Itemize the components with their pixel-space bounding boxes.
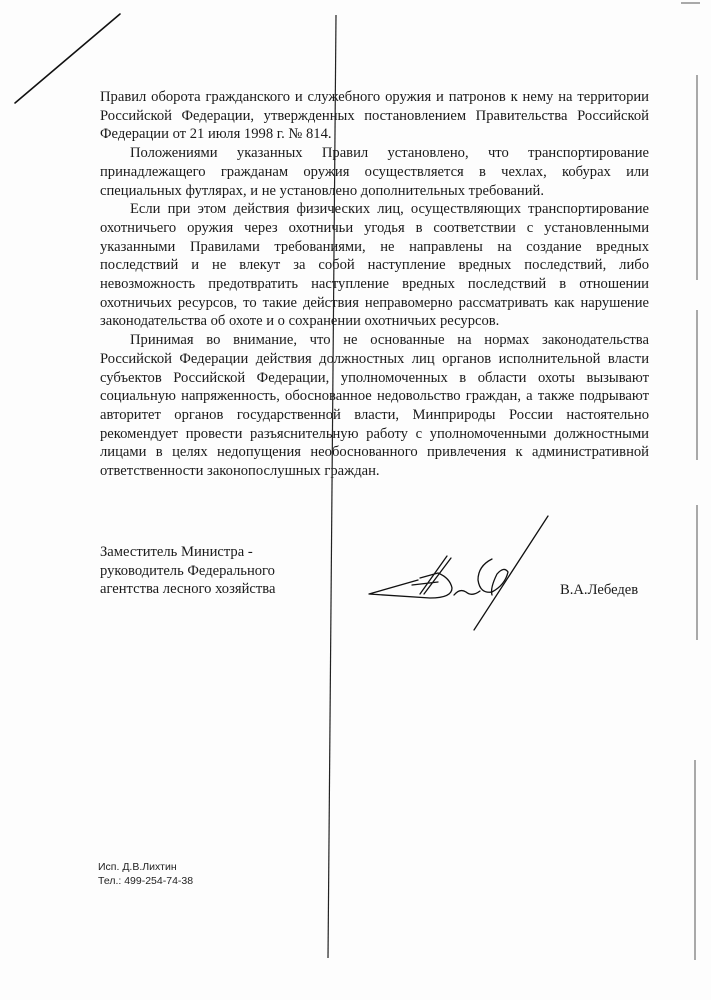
vertical-line-icon — [328, 15, 336, 958]
document-page: Правил оборота гражданского и служебного… — [0, 0, 711, 1000]
diagonal-stroke-icon — [15, 14, 120, 103]
signature-icon — [369, 516, 548, 630]
edge-artifacts-icon — [681, 3, 700, 960]
scan-marks — [0, 0, 711, 1000]
